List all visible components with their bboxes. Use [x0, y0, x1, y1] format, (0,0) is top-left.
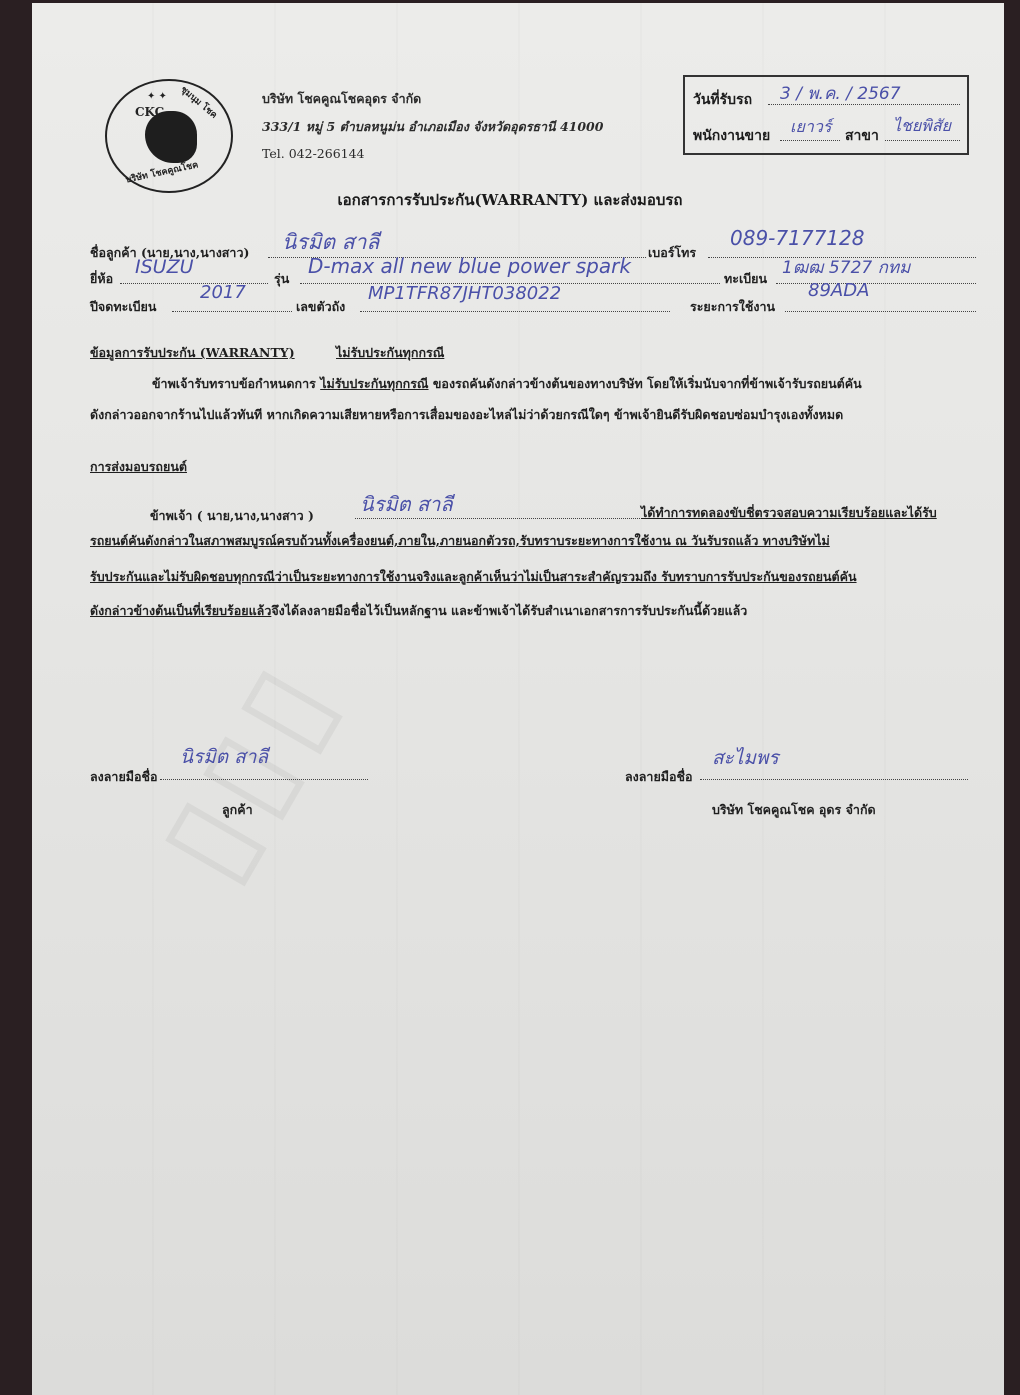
company-address: 333/1 หมู่ 5 ตำบลหนูม่น อำเภอเมือง จังหว… [262, 117, 603, 137]
warranty-text-end: ของรถคันดังกล่าวข้างต้นของทางบริษัท โดยใ… [433, 376, 862, 391]
company-sign-caption: บริษัท โชคคูณโชค อุดร จำกัด [712, 800, 876, 820]
mileage-dotline [785, 311, 976, 312]
customer-sign-caption: ลูกค้า [222, 800, 253, 820]
sales-value: เยาวร์ [790, 115, 831, 140]
warranty-paragraph-line1: ข้าพเจ้ารับทราบข้อกำหนดการ ไม่รับประกันท… [152, 374, 862, 394]
plate-value: 1ฒฒ 5727 กทม [782, 254, 910, 281]
chassis-dotline [360, 311, 670, 312]
company-logo: ✦ ✦ CKC ชุมนุม โชค บริษัท โชคคูณโชค [105, 79, 233, 193]
delivery-heading: การส่งมอบรถยนต์ [90, 457, 187, 477]
phone-value: 089-7177128 [730, 226, 864, 250]
year-label: ปีจดทะเบียน [90, 297, 156, 317]
year-dotline [172, 311, 292, 312]
sales-dotline [780, 140, 840, 141]
delivery-line4-underlined: ดังกล่าวข้างต้นเป็นที่เรียบร้อยแล้ว [90, 603, 271, 618]
date-value: 3 / พ.ค. / 2567 [780, 80, 901, 107]
branch-label: สาขา [845, 125, 879, 147]
sales-label: พนักงานขาย [693, 125, 770, 147]
company-name: บริษัท โชคคูณโชคอุดร จำกัด [262, 89, 421, 109]
logo-arc-bottom: บริษัท โชคคูณโชค [124, 157, 199, 186]
customer-sign-label: ลงลายมือชื่อ [90, 767, 158, 787]
logo-stars-icon: ✦ ✦ [147, 91, 167, 102]
plate-dotline [776, 283, 976, 284]
company-signature: สะไมพร [712, 743, 779, 773]
document-title: เอกสารการรับประกัน(WARRANTY) และส่งมอบรถ [0, 188, 1020, 212]
branch-value: ไชยพิสัย [893, 114, 951, 139]
phone-label: เบอร์โทร [648, 243, 696, 263]
model-label: รุ่น [274, 269, 289, 289]
delivery-intro: ข้าพเจ้า ( นาย,นาง,นางสาว ) [150, 506, 314, 526]
chassis-value: MP1TFR87JHT038022 [368, 283, 561, 304]
customer-sign-dotline [160, 779, 368, 780]
company-phone: Tel. 042-266144 [262, 146, 365, 161]
warranty-heading: ข้อมูลการรับประกัน (WARRANTY) [90, 343, 295, 363]
warranty-text-start: ข้าพเจ้ารับทราบข้อกำหนดการ [152, 376, 316, 391]
mileage-label: ระยะการใช้งาน [690, 297, 775, 317]
company-sign-dotline [700, 779, 968, 780]
horse-emblem-icon [145, 111, 197, 163]
company-sign-label: ลงลายมือชื่อ [625, 767, 693, 787]
chassis-label: เลขตัวถัง [296, 297, 345, 317]
brand-value: ISUZU [135, 256, 194, 278]
model-value: D-max all new blue power spark [308, 254, 631, 278]
branch-dotline [885, 140, 960, 141]
brand-label: ยี่ห้อ [90, 269, 113, 289]
customer-signature: นิรมิต สาลี [180, 742, 268, 772]
plate-label: ทะเบียน [724, 269, 767, 289]
date-label: วันที่รับรถ [693, 89, 752, 111]
year-value: 2017 [200, 282, 246, 303]
mileage-value: 89ADA [808, 280, 869, 301]
